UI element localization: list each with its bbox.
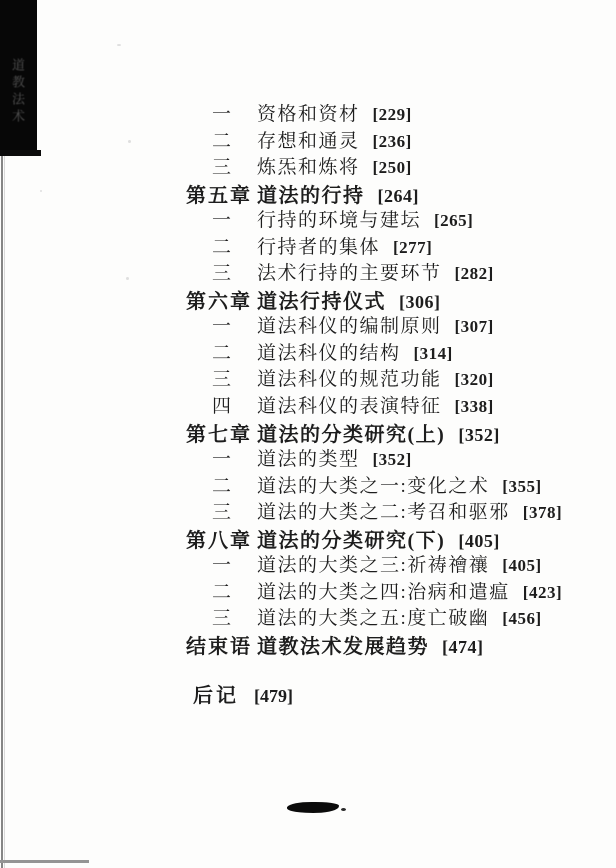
toc-row: 二道法的大类之四:治病和遣瘟[423]	[0, 577, 616, 604]
toc-row-page: [306]	[399, 292, 441, 313]
toc-row: 一道法的类型[352]	[0, 444, 616, 471]
toc-row-number: 三	[186, 152, 257, 179]
toc-row: 二道法科仪的结构[314]	[0, 338, 616, 365]
toc-row-page: [236]	[373, 132, 412, 152]
toc-row-number: 三	[186, 603, 257, 630]
toc-row-page: [229]	[373, 105, 412, 125]
toc-row-number: 一	[186, 99, 257, 126]
toc-row-title: 存想和通灵	[257, 126, 360, 153]
toc-row-title: 道法的大类之一:变化之术	[257, 471, 489, 498]
toc-row-title: 道法的大类之五:度亡破幽	[257, 603, 489, 630]
backmatter-row: 后记[479]	[193, 679, 293, 708]
toc-row-page: [282]	[455, 264, 494, 284]
toc-row-page: [405]	[502, 556, 541, 576]
toc-row-title: 道法科仪的编制原则	[257, 311, 442, 338]
toc-row: 三炼炁和炼将[250]	[0, 152, 616, 179]
toc-row-number: 一	[186, 550, 257, 577]
scan-bottom-edge-line	[0, 860, 89, 863]
spine-title: 道教法术	[8, 58, 27, 126]
toc-row: 结束语道教法术发展趋势[474]	[0, 630, 616, 657]
toc-row: 二存想和通灵[236]	[0, 126, 616, 153]
toc-row-title: 行持者的集体	[257, 232, 380, 259]
toc-row: 三道法的大类之五:度亡破幽[456]	[0, 603, 616, 630]
toc-row-number: 二	[186, 471, 257, 498]
toc-row-title: 道法的类型	[257, 444, 360, 471]
toc-row-page: [405]	[458, 531, 500, 552]
toc-row-page: [250]	[373, 158, 412, 178]
spine-tab: 道教法术	[0, 0, 37, 156]
toc-row-number: 第六章	[186, 285, 257, 314]
toc-row-title: 道教法术发展趋势	[257, 630, 429, 659]
toc-row: 三道法的大类之二:考召和驱邪[378]	[0, 497, 616, 524]
toc-row-page: [352]	[458, 425, 500, 446]
toc-row-number: 第五章	[186, 179, 257, 208]
toc-row-page: [456]	[502, 609, 541, 629]
table-of-contents: 一资格和资材[229]二存想和通灵[236]三炼炁和炼将[250]第五章道法的行…	[0, 99, 616, 656]
toc-row-number: 第七章	[186, 418, 257, 447]
toc-row-title: 道法科仪的表演特征	[257, 391, 442, 418]
spine-tab-smear	[0, 150, 41, 156]
toc-row: 三法术行持的主要环节[282]	[0, 258, 616, 285]
toc-row-page: [265]	[434, 211, 473, 231]
toc-row-number: 二	[186, 577, 257, 604]
toc-row: 二行持者的集体[277]	[0, 232, 616, 259]
toc-row-title: 道法的分类研究(下)	[257, 524, 445, 553]
toc-row: 第七章道法的分类研究(上)[352]	[0, 418, 616, 445]
toc-row-number: 二	[186, 232, 257, 259]
toc-row-page: [423]	[523, 583, 562, 603]
toc-row-title: 法术行持的主要环节	[257, 258, 442, 285]
toc-row-title: 道法的行持	[257, 179, 365, 208]
toc-row-title: 道法的大类之二:考召和驱邪	[257, 497, 510, 524]
backmatter-label: 后记	[193, 685, 239, 707]
toc-row-number: 二	[186, 338, 257, 365]
toc-row-page: [264]	[378, 186, 420, 207]
toc-row: 三道法科仪的规范功能[320]	[0, 364, 616, 391]
toc-row-number: 三	[186, 364, 257, 391]
toc-row-title: 道法的大类之三:祈祷禬禳	[257, 550, 489, 577]
toc-row-title: 道法行持仪式	[257, 285, 386, 314]
toc-row-number: 结束语	[186, 630, 257, 659]
page-number-blob-speck	[341, 808, 346, 811]
toc-row-number: 一	[186, 444, 257, 471]
toc-row-title: 道法科仪的结构	[257, 338, 401, 365]
toc-row-title: 道法的大类之四:治病和遣瘟	[257, 577, 510, 604]
toc-row: 一道法的大类之三:祈祷禬禳[405]	[0, 550, 616, 577]
toc-row-page: [352]	[373, 450, 412, 470]
toc-row-page: [378]	[523, 503, 562, 523]
toc-row: 第八章道法的分类研究(下)[405]	[0, 524, 616, 551]
toc-row-page: [277]	[393, 238, 432, 258]
toc-row: 一道法科仪的编制原则[307]	[0, 311, 616, 338]
toc-row-page: [338]	[455, 397, 494, 417]
toc-row: 第五章道法的行持[264]	[0, 179, 616, 206]
toc-row-page: [314]	[414, 344, 453, 364]
toc-row-title: 道法科仪的规范功能	[257, 364, 442, 391]
toc-row-title: 资格和资材	[257, 99, 360, 126]
toc-row-page: [320]	[455, 370, 494, 390]
toc-row-title: 行持的环境与建坛	[257, 205, 421, 232]
toc-row: 一行持的环境与建坛[265]	[0, 205, 616, 232]
toc-row-number: 一	[186, 205, 257, 232]
scanned-book-page: 道教法术 一资格和资材[229]二存想和通灵[236]三炼炁和炼将[250]第五…	[0, 0, 616, 868]
toc-row-title: 炼炁和炼将	[257, 152, 360, 179]
toc-row-page: [474]	[442, 637, 484, 658]
toc-row-page: [307]	[455, 317, 494, 337]
toc-row-number: 一	[186, 311, 257, 338]
toc-row-number: 第八章	[186, 524, 257, 553]
toc-row-title: 道法的分类研究(上)	[257, 418, 445, 447]
toc-row-page: [355]	[502, 477, 541, 497]
toc-row: 一资格和资材[229]	[0, 99, 616, 126]
toc-row-number: 三	[186, 258, 257, 285]
backmatter-page: [479]	[254, 686, 293, 706]
toc-row-number: 二	[186, 126, 257, 153]
toc-row: 二道法的大类之一:变化之术[355]	[0, 471, 616, 498]
toc-row-number: 三	[186, 497, 257, 524]
toc-row-number: 四	[186, 391, 257, 418]
toc-row: 四道法科仪的表演特征[338]	[0, 391, 616, 418]
scan-noise-speck	[117, 44, 121, 46]
page-number-blob	[287, 801, 339, 813]
toc-row: 第六章道法行持仪式[306]	[0, 285, 616, 312]
